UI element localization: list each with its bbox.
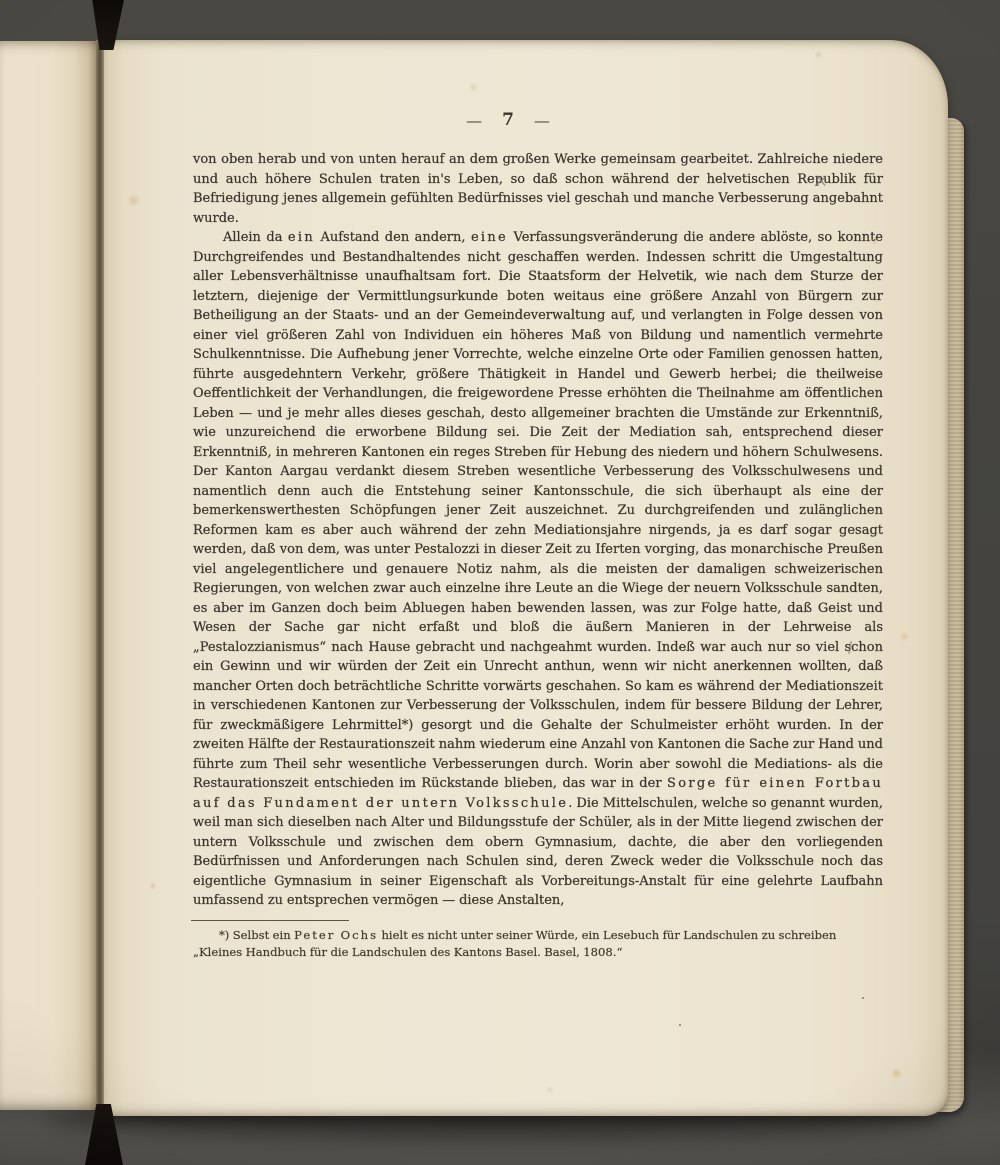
footnote-line-1: *) Selbst ein Peter Ochs hielt es nicht … xyxy=(193,927,883,945)
footnote: *) Selbst ein Peter Ochs hielt es nicht … xyxy=(193,920,883,962)
body-paragraph-1: von oben herab und von unten herauf an d… xyxy=(193,150,883,228)
header-left-dash: — xyxy=(466,111,482,130)
body-text: von oben herab und von unten herauf an d… xyxy=(193,150,883,962)
ink-speck xyxy=(679,1024,681,1026)
footnote-line-2: „Kleines Handbuch für die Landschulen de… xyxy=(193,944,883,962)
left-page-edge xyxy=(0,41,96,1110)
pencil-x-mark: × xyxy=(813,170,829,191)
footnote-separator-rule xyxy=(191,920,349,921)
header-right-dash: — xyxy=(534,111,550,130)
page-header: — 7 — xyxy=(163,110,853,130)
page-number: 7 xyxy=(502,110,514,130)
book-photo: — 7 — von oben herab und von unten herau… xyxy=(0,0,1000,1165)
ink-speck xyxy=(862,997,864,999)
body-paragraph-2: Allein da ein Aufstand den andern, eine … xyxy=(193,228,883,911)
